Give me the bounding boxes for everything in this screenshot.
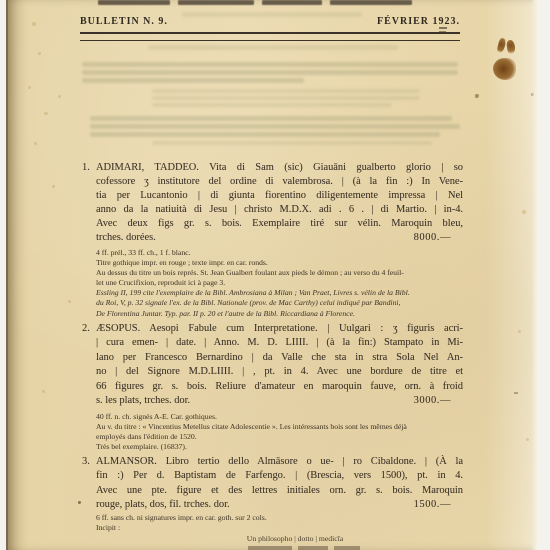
entry-number: 2. [82, 323, 90, 334]
entry-line: ÆSOPUS. Aesopi Fabule cum Interpretation… [96, 322, 463, 336]
entry-line: fin :) Per d. Baptistam de Farfengo. | (… [96, 469, 463, 483]
note-line: employés dans l'édition de 1520. [96, 432, 463, 442]
note-line: 4 ff. prél., 33 ff. ch., 1 f. blanc. [96, 248, 463, 258]
entry-line: tia per Lucantonio | di giunta fiorentin… [96, 189, 463, 203]
paper-sheet: BULLETIN N. 9. FÉVRIER 1923. 1. ADIMARI,… [6, 0, 539, 550]
entry-2-notes: 40 ff. n. ch. signés A-E. Car. gothiques… [81, 412, 463, 452]
entry-line: anno da la natiuità di Jesu | christo M.… [96, 203, 463, 217]
note-line: Incipit : [96, 523, 463, 533]
bulletin-number: BULLETIN N. 9. [80, 16, 168, 27]
entry-line: s. les plats, trches. dor. [96, 394, 190, 408]
entry-price: 1500.— [414, 498, 463, 512]
entry-last-line: rouge, plats, dos, fil. trches. dor. 150… [96, 498, 463, 512]
note-line: Titre gothique impr. en rouge ; texte im… [96, 258, 463, 268]
entry-line: Avec une pte. figure et des lettres init… [96, 484, 463, 498]
entry-line: 66 figures gr. s. bois. Reliure d'amateu… [96, 380, 463, 394]
masthead-row: BULLETIN N. 9. FÉVRIER 1923. [80, 16, 460, 27]
note-line: De Florentina Juntar. Typ. par. II p. 20… [96, 309, 463, 319]
catalog-entry-1: 1. ADIMARI, TADDEO. Vita di Sam (sic) Gi… [81, 161, 463, 245]
double-rule [80, 32, 460, 41]
entry-1-notes: 4 ff. prél., 33 ff. ch., 1 f. blanc. Tit… [81, 248, 463, 319]
bulletin-date: FÉVRIER 1923. [377, 16, 460, 27]
entry-last-line: trches. dorées. 8000.— [96, 231, 463, 245]
note-line: Au v. du titre : « Vincentius Metellus c… [96, 422, 463, 432]
entry-number: 1. [82, 162, 90, 173]
scanned-catalog-page: BULLETIN N. 9. FÉVRIER 1923. 1. ADIMARI,… [0, 0, 550, 550]
entry-price: 3000.— [414, 394, 463, 408]
entry-line: | cura emen- | date. | Anno. M. D. LIIII… [96, 336, 463, 350]
note-line: Très bel exemplaire. (16837). [96, 442, 463, 452]
entry-line: lano per Francesco Bernardino | da Valle… [96, 351, 463, 365]
entry-line: cofessore ʒ institutore del ordine di va… [96, 175, 463, 189]
entry-line: no | del Signore M.D.LIIII. | , pt. in 4… [96, 365, 463, 379]
entry-number: 3. [82, 456, 90, 467]
entry-line: ADIMARI, TADDEO. Vita di Sam (sic) Giauā… [96, 161, 463, 175]
note-line: 40 ff. n. ch. signés A-E. Car. gothiques… [96, 412, 463, 422]
catalog-entry-3: 3. ALMANSOR. Libro tertio dello Almāsore… [81, 455, 463, 513]
note-line: du Roi, V, p. 32 signale l'ex. de la Bib… [96, 298, 463, 308]
page-edge [531, 0, 539, 550]
note-line: 6 ff. sans ch. ni signatures impr. en ca… [96, 513, 463, 523]
entry-last-line: s. les plats, trches. dor. 3000.— [96, 394, 463, 408]
note-line: Essling II, 199 cite l'exemplaire de la … [96, 288, 463, 298]
entry-line: trches. dorées. [96, 231, 156, 245]
entry-line: Avec deux figs gr. s. bois. Exemplaire t… [96, 217, 463, 231]
entry-line: ALMANSOR. Libro tertio dello Almāsore o … [96, 455, 463, 469]
note-line: Au dessus du titre un bois représ. St. J… [96, 268, 463, 278]
catalog-entry-2: 2. ÆSOPUS. Aesopi Fabule cum Interpretat… [81, 322, 463, 408]
entry-price: 8000.— [414, 231, 463, 245]
entry-3-notes: 6 ff. sans ch. ni signatures impr. en ca… [81, 513, 463, 533]
entry-line: rouge, plats, dos, fil. trches. dor. [96, 498, 230, 512]
incipit-line: Un philosopho | dotto | medicīa [81, 534, 463, 544]
note-line: let une Crucifixion, reproduit ici à pag… [96, 278, 463, 288]
